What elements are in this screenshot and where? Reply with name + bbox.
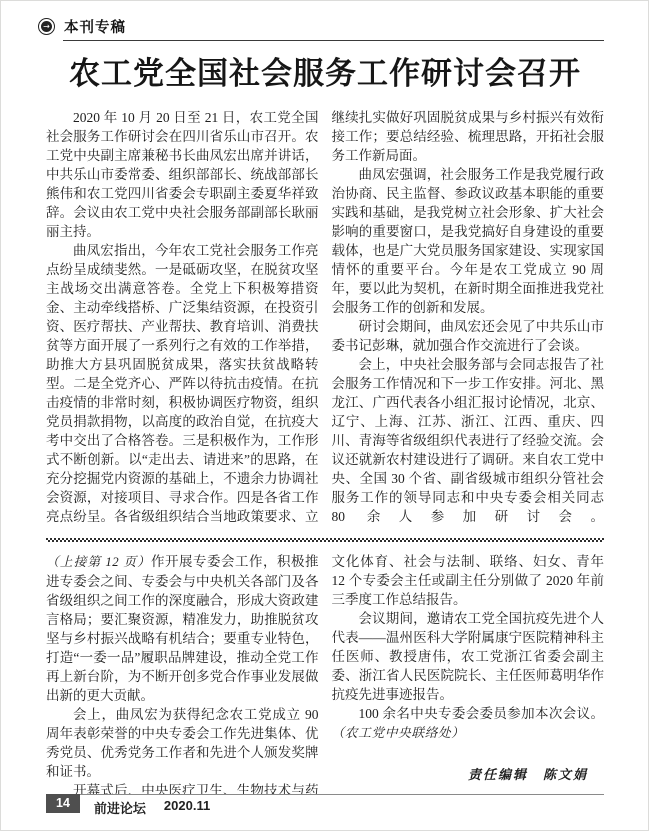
circle-right-arrow-icon: → xyxy=(38,18,55,35)
continued-from-note: （上接第 12 页） xyxy=(46,555,151,569)
article1-right-column: 继续扎实做好巩固脱贫成果与乡村振兴有效衔接工作；要总结经验、梳理思路，开拓社会服… xyxy=(332,108,605,528)
paragraph: 继续扎实做好巩固脱贫成果与乡村振兴有效衔接工作；要总结经验、梳理思路，开拓社会服… xyxy=(332,108,605,165)
paragraph: 曲凤宏强调，社会服务工作是我党履行政治协商、民主监督、参政议政基本职能的重要实践… xyxy=(332,165,605,317)
header-rule xyxy=(63,40,604,41)
article2-right-column: 文化体育、社会与法制、联络、妇女、青年 12 个专委会主任或副主任分别做了 20… xyxy=(332,552,605,794)
issue-number: 2020.11 xyxy=(164,798,210,817)
article1-body: 2020 年 10 月 20 日至 21 日，农工党全国社会服务工作研讨会在四川… xyxy=(46,108,604,528)
journal-name: 前进论坛 xyxy=(94,798,146,817)
article2-body: （上接第 12 页）作开展专委会工作，积极推进专委会之间、专委会与中央机关各部门… xyxy=(46,552,604,794)
paragraph: 100 余名中央专委会委员参加本次会议。（农工党中央联络处） xyxy=(332,704,605,743)
article2-left-column: （上接第 12 页）作开展专委会工作，积极推进专委会之间、专委会与中央机关各部门… xyxy=(46,552,319,794)
page-header: → 本刊专稿 xyxy=(38,15,604,37)
paragraph-text: 会上，中央社会服务部与会同志报告了社会服务工作情况和下一步工作安排。河北、黑龙江… xyxy=(332,357,605,524)
arrow-glyph: → xyxy=(41,21,52,32)
paragraph: 开幕式后，中央医疗卫生、生物技术与药学、人口与资源、生态环境、经济金融、教育、科… xyxy=(46,781,319,794)
source-attribution: （农工党中央联络处） xyxy=(332,726,465,740)
continued-paragraph: （上接第 12 页）作开展专委会工作，积极推进专委会之间、专委会与中央机关各部门… xyxy=(46,552,319,705)
paragraph: 曲凤宏指出，今年农工党社会服务工作亮点纷呈成绩斐然。一是砥砺攻坚，在脱贫攻坚主战… xyxy=(46,241,319,528)
article-divider xyxy=(46,538,604,542)
paragraph: 会上，曲凤宏为获得纪念农工党成立 90 周年表彰荣誉的中央专委会工作先进集体、优… xyxy=(46,705,319,781)
paragraph: 会上，中央社会服务部与会同志报告了社会服务工作情况和下一步工作安排。河北、黑龙江… xyxy=(332,355,605,528)
editor-credit: 责任编辑 陈文娟 xyxy=(332,765,605,784)
paragraph-text: 100 余名中央专委会委员参加本次会议。 xyxy=(359,706,605,721)
paragraph: 会议期间，邀请农工党全国抗疫先进个人代表——温州医科大学附属康宁医院精神科主任医… xyxy=(332,609,605,704)
magazine-page: → 本刊专稿 农工党全国社会服务工作研讨会召开 2020 年 10 月 20 日… xyxy=(0,0,649,831)
article-title: 农工党全国社会服务工作研讨会召开 xyxy=(46,55,604,94)
column-tag: 本刊专稿 xyxy=(64,16,126,37)
paragraph: 研讨会期间，曲凤宏还会见了中共乐山市委书记彭琳，就加强合作交流进行了会谈。 xyxy=(332,317,605,355)
footer-rule: 前进论坛 2020.11 xyxy=(80,794,604,817)
paragraph-text: 作开展专委会工作，积极推进专委会之间、专委会与中央机关各部门及各省级组织之间工作… xyxy=(46,554,319,703)
article1-left-column: 2020 年 10 月 20 日至 21 日，农工党全国社会服务工作研讨会在四川… xyxy=(46,108,319,528)
page-footer: 14 前进论坛 2020.11 xyxy=(46,794,604,817)
paragraph: 2020 年 10 月 20 日至 21 日，农工党全国社会服务工作研讨会在四川… xyxy=(46,108,319,241)
page-number-badge: 14 xyxy=(46,794,80,813)
paragraph: 文化体育、社会与法制、联络、妇女、青年 12 个专委会主任或副主任分别做了 20… xyxy=(332,552,605,609)
